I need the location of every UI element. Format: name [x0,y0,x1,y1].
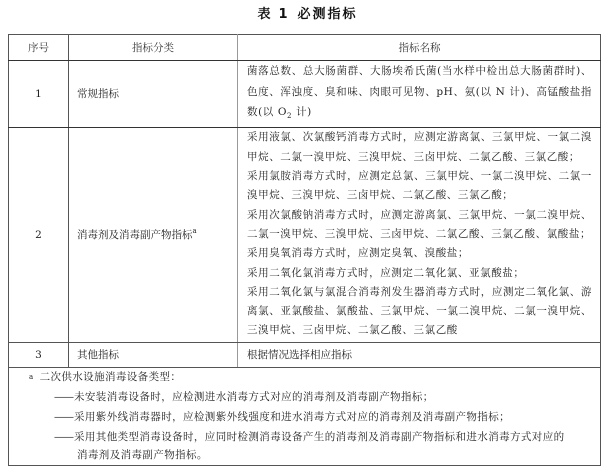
footnote-heading-text: 二次供水设施消毒设备类型： [40,371,182,383]
disinfection-method-line: 采用液氯、次氯酸钙消毒方式时，应测定游离氯、三氯甲烷、一氯二溴甲烷、二氯一溴甲烷… [247,128,592,167]
dash: —— [54,391,73,403]
row-indicators: 菌落总数、总大肠菌群、大肠埃希氏菌(当水样中检出总大肠菌群时)、色度、浑浊度、臭… [238,61,601,128]
table-header-row: 序号 指标分类 指标名称 [9,35,601,61]
indicator-table: 序号 指标分类 指标名称 1 常规指标 菌落总数、总大肠菌群、大肠埃希氏菌(当水… [8,34,601,368]
footnote-mark: a [29,373,34,381]
table-caption: 表1必测指标 [0,3,615,22]
disinfection-method-line: 采用二氧化氯与氯混合消毒剂发生器消毒方式时，应测定二氧化氯、游离氯、亚氯酸盐、氯… [247,283,592,341]
footnote-item: ——采用紫外线消毒器时，应检测紫外线强度和进水消毒方式对应的消毒剂及消毒副产物指… [54,407,594,427]
table-row: 2 消毒剂及消毒副产物指标a 采用液氯、次氯酸钙消毒方式时，应测定游离氯、三氯甲… [9,127,601,342]
footnote-item-text: 未安装消毒设备时，应检测进水消毒方式对应的消毒剂及消毒副产物指标； [74,391,434,403]
header-category: 指标分类 [69,35,238,61]
caption-label: 表 [257,7,272,22]
row-index: 2 [9,127,69,342]
dash: —— [54,411,73,423]
footnote-item-text: 采用其他类型消毒设备时，应同时检测消毒设备产生的消毒剂及消毒副产物指标和进水消毒… [74,431,565,443]
caption-text: 必测指标 [298,7,358,22]
footnote-item-text: 采用紫外线消毒器时，应检测紫外线强度和进水消毒方式对应的消毒剂及消毒副产物指标； [74,411,510,423]
footnote-mark: a [193,227,197,235]
disinfection-method-line: 采用次氯酸钠消毒方式时，应测定游离氯、三氯甲烷、一氯二溴甲烷、二氯一溴甲烷、三溴… [247,206,592,245]
header-index: 序号 [9,35,69,61]
row-category: 消毒剂及消毒副产物指标a [69,127,238,342]
disinfection-method-line: 采用氯胺消毒方式时，应测定总氯、三氯甲烷、一氯二溴甲烷、二氯一溴甲烷、三溴甲烷、… [247,167,592,206]
footnote-item-continuation: 消毒剂及消毒副产物指标。 [77,445,208,465]
footnote-item: ——采用其他类型消毒设备时，应同时检测消毒设备产生的消毒剂及消毒副产物指标和进水… [54,427,594,447]
row-indicators: 采用液氯、次氯酸钙消毒方式时，应测定游离氯、三氯甲烷、一氯二溴甲烷、二氯一溴甲烷… [238,127,601,342]
disinfection-method-line: 采用二氧化氯消毒方式时，应测定二氧化氯、亚氯酸盐； [247,264,592,283]
row-category: 常规指标 [69,61,238,128]
header-indicators: 指标名称 [238,35,601,61]
row-index: 1 [9,61,69,128]
disinfection-method-line: 采用臭氧消毒方式时，应测定臭氧、溴酸盐； [247,244,592,263]
indicators-tail: 计) [292,106,312,118]
footnote-item: ——未安装消毒设备时，应检测进水消毒方式对应的消毒剂及消毒副产物指标； [54,387,594,407]
footnote-box: a二次供水设施消毒设备类型： ——未安装消毒设备时，应检测进水消毒方式对应的消毒… [8,363,601,466]
footnote-heading: a二次供水设施消毒设备类型： [29,367,181,387]
table-row: 1 常规指标 菌落总数、总大肠菌群、大肠埃希氏菌(当水样中检出总大肠菌群时)、色… [9,61,601,128]
dash: —— [54,431,73,443]
caption-number: 1 [278,7,289,22]
category-text: 消毒剂及消毒副产物指标 [77,229,193,241]
